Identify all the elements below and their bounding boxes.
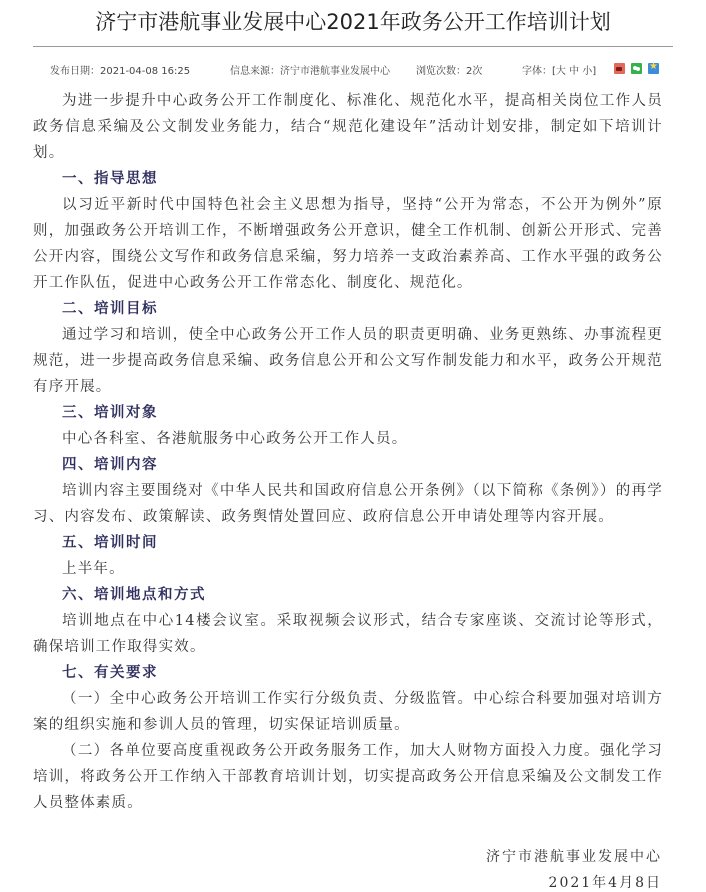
section-heading-training-content: 四、培训内容	[33, 452, 663, 478]
section-heading-training-location: 六、培训地点和方式	[33, 582, 663, 608]
paragraph-requirement-2: （二）各单位要高度重视政务公开政务服务工作，加大人财物方面投入力度。强化学习培训…	[33, 738, 663, 816]
article-title: 济宁市港航事业发展中心2021年政务公开工作培训计划	[0, 6, 706, 36]
paragraph-training-content: 培训内容主要围绕对《中华人民共和国政府信息公开条例》（以下简称《条例》）的再学习…	[33, 478, 663, 530]
wechat-icon[interactable]	[631, 63, 642, 74]
paragraph-training-time: 上半年。	[33, 556, 663, 582]
article-meta-bar: 发布日期：2021-04-08 16:25 信息来源：济宁市港航事业发展中心 浏…	[0, 62, 706, 78]
signature-date: 2021年4月8日	[0, 872, 662, 892]
info-source: 信息来源：济宁市港航事业发展中心	[230, 62, 390, 77]
title-divider	[33, 46, 673, 47]
publish-date: 发布日期：2021-04-08 16:25	[50, 62, 190, 77]
paragraph-guiding-ideology: 以习近平新时代中国特色社会主义思想为指导，坚持“公开为常态，不公开为例外”原则，…	[33, 192, 663, 296]
section-heading-guiding-ideology: 一、指导思想	[33, 166, 663, 192]
view-count: 浏览次数：2次	[416, 62, 482, 77]
paragraph-training-location: 培训地点在中心14楼会议室。采取视频会议形式，结合专家座谈、交流讨论等形式，确保…	[33, 608, 663, 660]
share-icons	[614, 63, 659, 74]
article-body: 为进一步提升中心政务公开工作制度化、标准化、规范化水平，提高相关岗位工作人员政务…	[33, 88, 663, 816]
paragraph-training-goals: 通过学习和培训，使全中心政务公开工作人员的职责更明确、业务更熟练、办事流程更规范…	[33, 322, 663, 400]
section-heading-requirements: 七、有关要求	[33, 660, 663, 686]
section-heading-training-targets: 三、培训对象	[33, 400, 663, 426]
favorite-icon[interactable]	[648, 63, 659, 74]
font-size-switcher[interactable]: 字体：[大 中 小]	[522, 62, 596, 77]
paragraph-requirement-1: （一）全中心政务公开培训工作实行分级负责、分级监管。中心综合科要加强对培训方案的…	[33, 686, 663, 738]
rss-icon[interactable]	[614, 63, 625, 74]
section-heading-training-goals: 二、培训目标	[33, 296, 663, 322]
signature-org: 济宁市港航事业发展中心	[0, 846, 662, 866]
paragraph-training-targets: 中心各科室、各港航服务中心政务公开工作人员。	[33, 426, 663, 452]
intro-paragraph: 为进一步提升中心政务公开工作制度化、标准化、规范化水平，提高相关岗位工作人员政务…	[33, 88, 663, 166]
section-heading-training-time: 五、培训时间	[33, 530, 663, 556]
